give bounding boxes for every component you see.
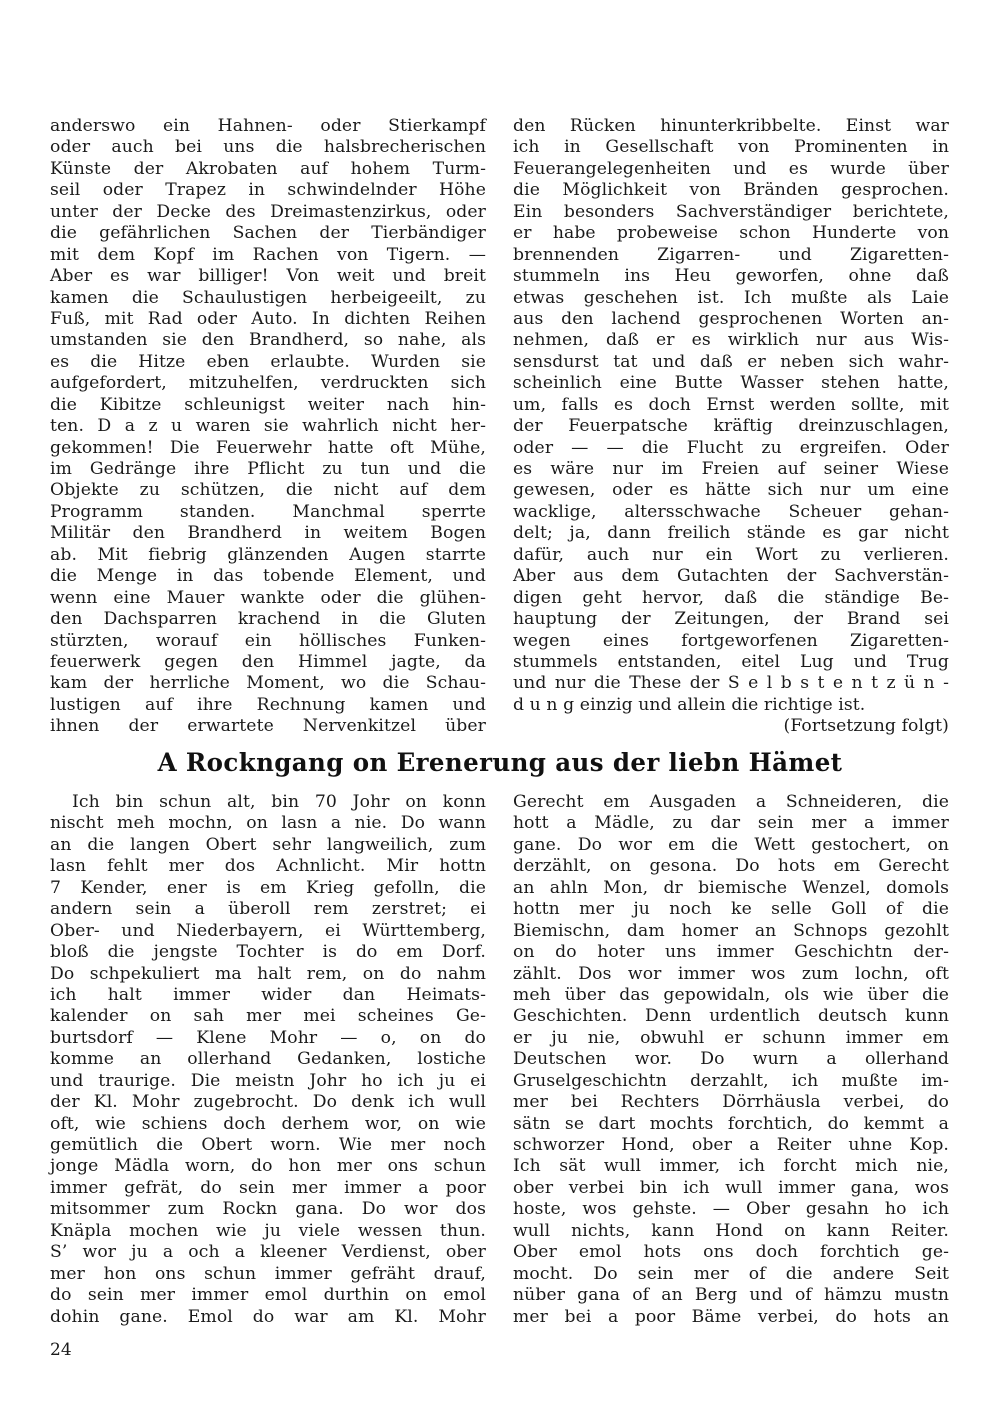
text-line: gemütlich die Obert worn. Wie mer noch — [50, 1135, 486, 1156]
text-line: jonge Mädla worn, do hon mer ons schun — [50, 1156, 486, 1177]
text-line: digen geht hervor, daß die ständige Be- — [513, 588, 949, 609]
text-line: do sein mer immer emol durthin on emol — [50, 1285, 486, 1306]
text-line: nischt meh mochn, on lasn a nie. Do wann — [50, 813, 486, 834]
text-line: aufgefordert, mitzuhelfen, verdruckten s… — [50, 373, 486, 394]
text-line: umstanden sie den Brandherd, so nahe, al… — [50, 330, 486, 351]
text-line: etwas geschehen ist. Ich mußte als Laie — [513, 288, 949, 309]
text-line: die gefährlichen Sachen der Tierbändiger — [50, 223, 486, 244]
text-line: brennenden Zigarren- und Zigaretten- — [513, 245, 949, 266]
text-line: anderswo ein Hahnen- oder Stierkampf — [50, 116, 486, 137]
text-line: Ich bin schun alt, bin 70 Johr on konn — [50, 792, 486, 813]
text-line: ihnen der erwartete Nervenkitzel über — [50, 716, 486, 737]
text-line: den Dachsparren krachend in die Gluten — [50, 609, 486, 630]
text-line: kamen die Schaulustigen herbeigeeilt, zu — [50, 288, 486, 309]
text-line: hottn mer ju noch ke selle Goll of die — [513, 899, 949, 920]
text-line: ich in Gesellschaft von Prominenten in — [513, 137, 949, 158]
text-line: Ober- und Niederbayern, ei Württemberg, — [50, 921, 486, 942]
text-line: oder — — die Flucht zu ergreifen. Oder — [513, 438, 949, 459]
previous-article-right-column: den Rücken hinunterkribbelte. Einst war … — [513, 116, 949, 738]
text-line: andern sein a überoll rem zerstret; ei — [50, 899, 486, 920]
text-line: kam der herrliche Moment, wo die Schau- — [50, 673, 486, 694]
text-line: an ahln Mon, dr biemische Wenzel, domols — [513, 878, 949, 899]
text-line: Ich sät wull immer, ich forcht mich nie, — [513, 1156, 949, 1177]
text-line: Programm standen. Manchmal sperrte — [50, 502, 486, 523]
text-line: d u n g einzig und allein die richtige i… — [513, 695, 949, 716]
text-line: dohin gane. Emol do war am Kl. Mohr — [50, 1307, 486, 1328]
text-line: immer gefrät, do sein mer immer a poor — [50, 1178, 486, 1199]
continuation-note: (Fortsetzung folgt) — [513, 716, 949, 737]
text-line: mocht. Do sein mer of die andere Seit — [513, 1264, 949, 1285]
text-line: nehmen, daß er es wirklich nur aus Wis- — [513, 330, 949, 351]
text-line: oft, wie schiens doch derhem wor, on wie — [50, 1114, 486, 1135]
text-line: Objekte zu schützen, die nicht auf dem — [50, 480, 486, 501]
text-line: es die Hitze eben erlaubte. Wurden sie — [50, 352, 486, 373]
text-line: Künste der Akrobaten auf hohem Turm- — [50, 159, 486, 180]
text-line: lasn fehlt mer dos Achnlicht. Mir hottn — [50, 856, 486, 877]
text-line: Ober emol hots ons doch forchtich ge- — [513, 1242, 949, 1263]
text-line: die Möglichkeit von Bränden gesprochen. — [513, 180, 949, 201]
text-line: Knäpla mochen wie ju viele wessen thun. — [50, 1221, 486, 1242]
text-line: feuerwerk gegen den Himmel jagte, da — [50, 652, 486, 673]
text-line: gane. Do wor em die Wett gestochert, on — [513, 835, 949, 856]
text-line: der Kl. Mohr zugebrocht. Do denk ich wul… — [50, 1092, 486, 1113]
text-line: stürzten, worauf ein höllisches Funken- — [50, 631, 486, 652]
text-line: ober verbei bin ich wull immer gana, wos — [513, 1178, 949, 1199]
text-line: Gerecht em Ausgaden a Schneideren, die — [513, 792, 949, 813]
text-line: aus den lachend gesprochenen Worten an- — [513, 309, 949, 330]
document-page: anderswo ein Hahnen- oder Stierkampf ode… — [0, 0, 1000, 1413]
text-line: mit dem Kopf im Rachen von Tigern. — — [50, 245, 486, 266]
text-line: um, falls es doch Ernst werden sollte, m… — [513, 395, 949, 416]
text-line: unter der Decke des Dreimastenzirkus, od… — [50, 202, 486, 223]
text-line: seil oder Trapez in schwindelnder Höhe — [50, 180, 486, 201]
text-line: hott a Mädle, zu dar sein mer a immer — [513, 813, 949, 834]
text-line: den Rücken hinunterkribbelte. Einst war — [513, 116, 949, 137]
text-line: Biemischn, dam homer an Schnops gezohlt — [513, 921, 949, 942]
text-line: an die langen Obert sehr langweilich, zu… — [50, 835, 486, 856]
article-left-column: Ich bin schun alt, bin 70 Johr on konn n… — [50, 792, 486, 1328]
text-line: Fuß, mit Rad oder Auto. In dichten Reihe… — [50, 309, 486, 330]
text-line: hoste, wos gehste. — Ober gesahn ho ich — [513, 1199, 949, 1220]
text-line: ab. Mit fiebrig glänzenden Augen starrte — [50, 545, 486, 566]
text-line: hauptung der Zeitungen, der Brand sei — [513, 609, 949, 630]
text-line: der Feuerpatsche kräftig dreinzuschlagen… — [513, 416, 949, 437]
text-line: ich halt immer wider dan Heimats- — [50, 985, 486, 1006]
text-line: Deutschen wor. Do wurn a ollerhand — [513, 1049, 949, 1070]
text-line: komme an ollerhand Gedanken, lostiche — [50, 1049, 486, 1070]
text-line: kalender on sah mer mei scheines Ge- — [50, 1006, 486, 1027]
article-right-column: Gerecht em Ausgaden a Schneideren, die h… — [513, 792, 949, 1328]
text-line: delt; ja, dann freilich stände es gar ni… — [513, 523, 949, 544]
text-line: oder auch bei uns die halsbrecherischen — [50, 137, 486, 158]
text-line: mer hon ons schun immer gefräht drauf, — [50, 1264, 486, 1285]
text-line: Militär den Brandherd in weitem Bogen — [50, 523, 486, 544]
text-line: mer bei Rechters Dörrhäusla verbei, do — [513, 1092, 949, 1113]
text-line: dafür, auch nur ein Wort zu verlieren. — [513, 545, 949, 566]
article-title: A Rockngang on Erenerung aus der liebn H… — [10, 748, 990, 777]
previous-article-left-column: anderswo ein Hahnen- oder Stierkampf ode… — [50, 116, 486, 738]
text-line: burtsdorf — Klene Mohr — o, on do — [50, 1028, 486, 1049]
text-line: S’ wor ju a och a kleener Verdienst, obe… — [50, 1242, 486, 1263]
text-line: stummels entstanden, eitel Lug und Trug — [513, 652, 949, 673]
text-line: derzählt, on gesona. Do hots em Gerecht — [513, 856, 949, 877]
text-line: on do hoter uns immer Geschichtn der- — [513, 942, 949, 963]
text-line: nüber gana of an Berg und of hämzu mustn — [513, 1285, 949, 1306]
text-line: er ju nie, obwuhl er schunn immer em — [513, 1028, 949, 1049]
text-line: Do schpekuliert ma halt rem, on do nahm — [50, 964, 486, 985]
text-line: scheinlich eine Butte Wasser stehen hatt… — [513, 373, 949, 394]
text-line: wull nichts, kann Hond on kann Reiter. — [513, 1221, 949, 1242]
text-line: lustigen auf ihre Rechnung kamen und — [50, 695, 486, 716]
text-line: wegen eines fortgeworfenen Zigaretten- — [513, 631, 949, 652]
text-line: sätn se dart mochts forchtich, do kemmt … — [513, 1114, 949, 1135]
text-line: mer bei a poor Bäme verbei, do hots an — [513, 1307, 949, 1328]
text-line: wacklige, altersschwache Scheuer gehan- — [513, 502, 949, 523]
text-line: gekommen! Die Feuerwehr hatte oft Mühe, — [50, 438, 486, 459]
text-line: meh über das gepowidaln, ols wie über di… — [513, 985, 949, 1006]
text-line: 7 Kender, ener is em Krieg gefolln, die — [50, 878, 486, 899]
text-line: er habe probeweise schon Hunderte von — [513, 223, 949, 244]
text-line: wenn eine Mauer wankte oder die glühen- — [50, 588, 486, 609]
text-line: Aber aus dem Gutachten der Sachverstän- — [513, 566, 949, 587]
text-line: mitsommer zum Rockn gana. Do wor dos — [50, 1199, 486, 1220]
text-line: Feuerangelegenheiten und es wurde über — [513, 159, 949, 180]
text-line: im Gedränge ihre Pflicht zu tun und die — [50, 459, 486, 480]
text-line: schworzer Hond, ober a Reiter uhne Kop. — [513, 1135, 949, 1156]
text-line: und nur die These der S e l b s t e n t … — [513, 673, 949, 694]
text-line: die Menge in das tobende Element, und — [50, 566, 486, 587]
text-line: Ein besonders Sachverständiger berichtet… — [513, 202, 949, 223]
text-line: Geschichten. Denn urdentlich deutsch kun… — [513, 1006, 949, 1027]
page-number: 24 — [50, 1340, 72, 1360]
text-line: bloß die jengste Tochter is do em Dorf. — [50, 942, 486, 963]
text-line: sensdurst tat und daß er neben sich wahr… — [513, 352, 949, 373]
text-line: Aber es war billiger! Von weit und breit — [50, 266, 486, 287]
text-line: und traurige. Die meistn Johr ho ich ju … — [50, 1071, 486, 1092]
text-line: die Kibitze schleunigst weiter nach hin- — [50, 395, 486, 416]
text-line: zählt. Dos wor immer wos zum lochn, oft — [513, 964, 949, 985]
text-line: gewesen, oder es hätte sich nur um eine — [513, 480, 949, 501]
text-line: Gruselgeschichtn derzahlt, ich mußte im- — [513, 1071, 949, 1092]
text-line: stummeln ins Heu geworfen, ohne daß — [513, 266, 949, 287]
text-line: ten. D a z u waren sie wahrlich nicht he… — [50, 416, 486, 437]
text-line: es wäre nur im Freien auf seiner Wiese — [513, 459, 949, 480]
